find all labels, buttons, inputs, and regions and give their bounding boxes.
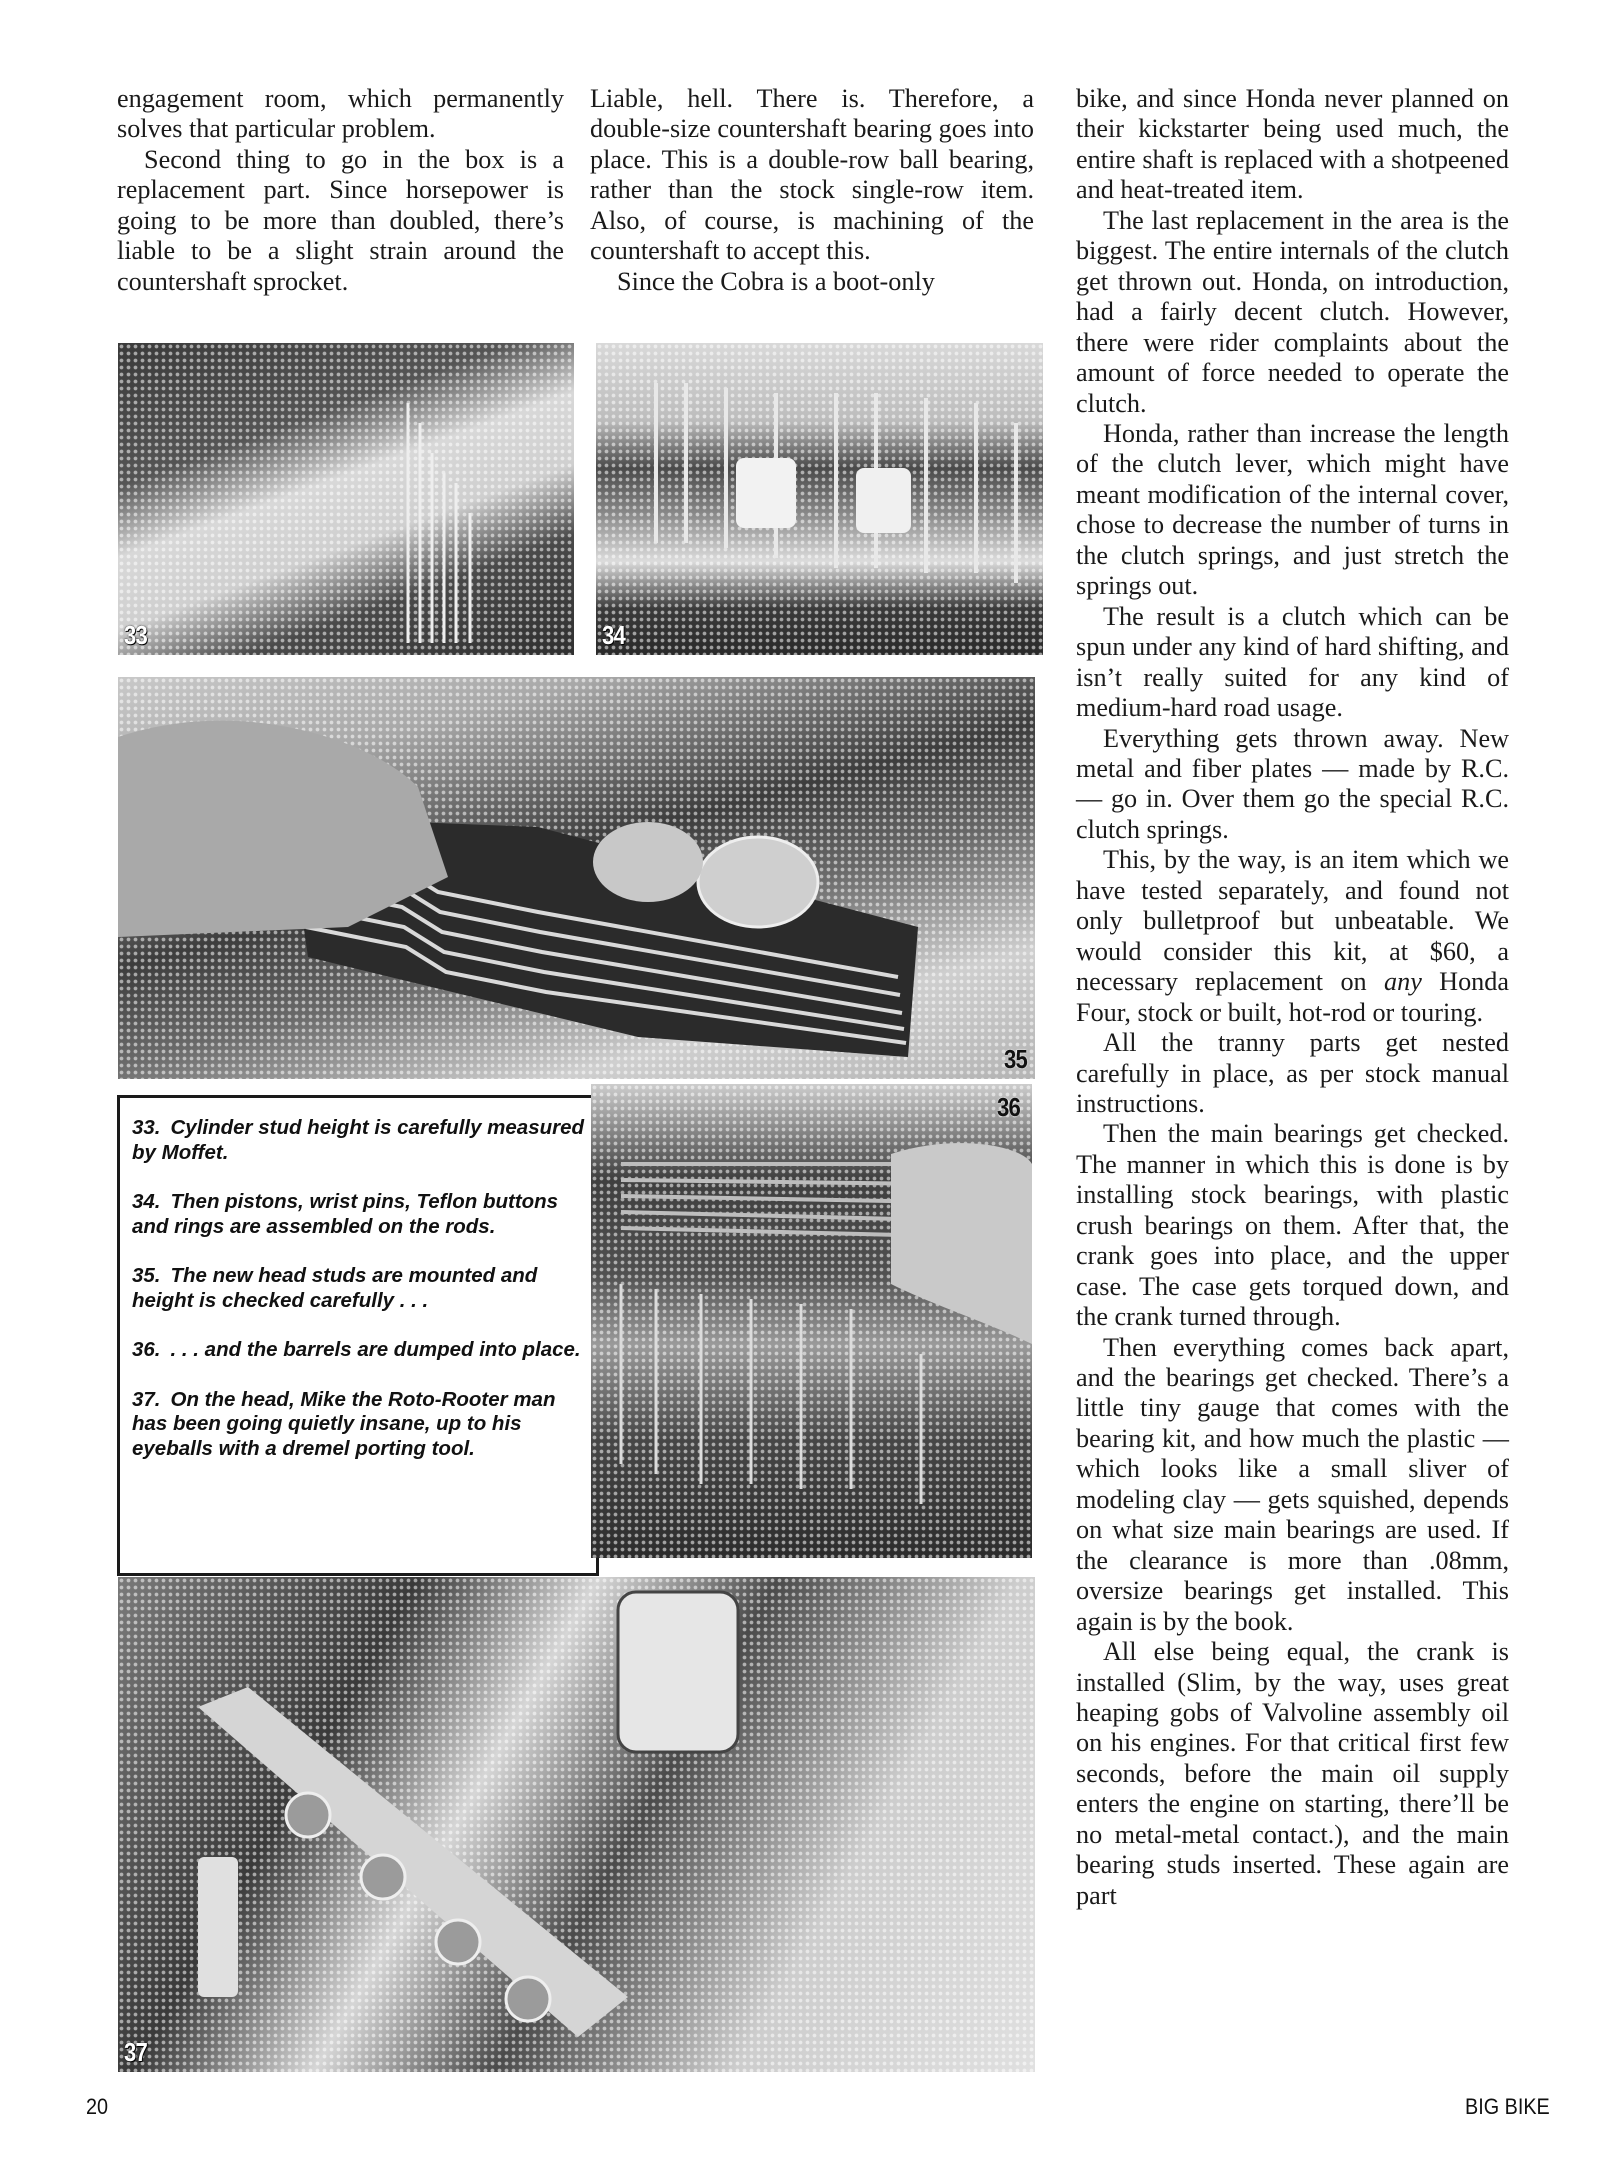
pistons-studs-icon [596,343,1043,655]
photo-35: 35 [118,677,1035,1079]
paragraph: The result is a clutch which can be spun… [1076,602,1509,724]
text-column-1: engagement room, which permanently solve… [117,84,564,297]
photo-number-label: 35 [1004,1044,1027,1075]
cylinder-block-icon [118,677,1035,1079]
paragraph: This, by the way, is an item which we ha… [1076,845,1509,1028]
caption: 37.On the head, Mike the Roto-Rooter man… [132,1388,586,1462]
studs-icon [388,393,508,653]
caption: 34.Then pistons, wrist pins, Teflon butt… [132,1190,586,1239]
caption: 33.Cylinder stud height is carefully mea… [132,1116,586,1165]
caption: 36.. . . and the barrels are dumped into… [132,1338,586,1363]
text-column-2: Liable, hell. There is. Therefore, a dou… [590,84,1034,297]
photo-34: 34 [596,343,1043,655]
paragraph: Then the main bearings get checked. The … [1076,1119,1509,1332]
caption-number: 36. [132,1338,161,1361]
cylinder-head-porting-icon [118,1577,1035,2072]
page-number: 20 [86,2094,108,2120]
paragraph: Second thing to go in the box is a repla… [117,145,564,297]
photo-number-label: 36 [997,1092,1020,1123]
photo-number-label: 34 [602,620,625,651]
paragraph: All else being equal, the crank is insta… [1076,1637,1509,1911]
text-column-3: bike, and since Honda never planned on t… [1076,84,1509,1911]
paragraph: All the tranny parts get nested carefull… [1076,1028,1509,1119]
paragraph: Since the Cobra is a boot-only [590,267,1034,297]
paragraph: bike, and since Honda never planned on t… [1076,84,1509,206]
caption-number: 37. [132,1388,161,1411]
photo-number-label: 33 [124,620,147,651]
studs-graphic [388,393,458,655]
barrels-studs-icon [591,1084,1032,1558]
emphasis: any [1384,967,1422,996]
photo-33: 33 [118,343,574,655]
paragraph: engagement room, which permanently solve… [117,84,564,145]
caption-text: The new head studs are mounted and heigh… [132,1264,537,1312]
paragraph: Liable, hell. There is. Therefore, a dou… [590,84,1034,267]
paragraph: Everything gets thrown away. New metal a… [1076,724,1509,846]
publication-name: BIG BIKE [1465,2094,1550,2120]
caption-text: . . . and the barrels are dumped into pl… [171,1338,581,1361]
photo-36: 36 [591,1084,1032,1558]
caption-number: 34. [132,1190,161,1213]
paragraph: Honda, rather than increase the length o… [1076,419,1509,602]
paragraph: Then everything comes back apart, and th… [1076,1333,1509,1638]
caption-text: Then pistons, wrist pins, Teflon buttons… [132,1190,558,1238]
photo-number-label: 37 [124,2037,147,2068]
photo-37: 37 [118,1577,1035,2072]
caption-text: Cylinder stud height is carefully measur… [132,1116,584,1164]
paragraph: The last replacement in the area is the … [1076,206,1509,419]
caption: 35.The new head studs are mounted and he… [132,1264,586,1313]
caption-text: On the head, Mike the Roto-Rooter man ha… [132,1388,555,1460]
caption-box: 33.Cylinder stud height is carefully mea… [117,1095,599,1576]
caption-number: 33. [132,1116,161,1139]
caption-number: 35. [132,1264,161,1287]
